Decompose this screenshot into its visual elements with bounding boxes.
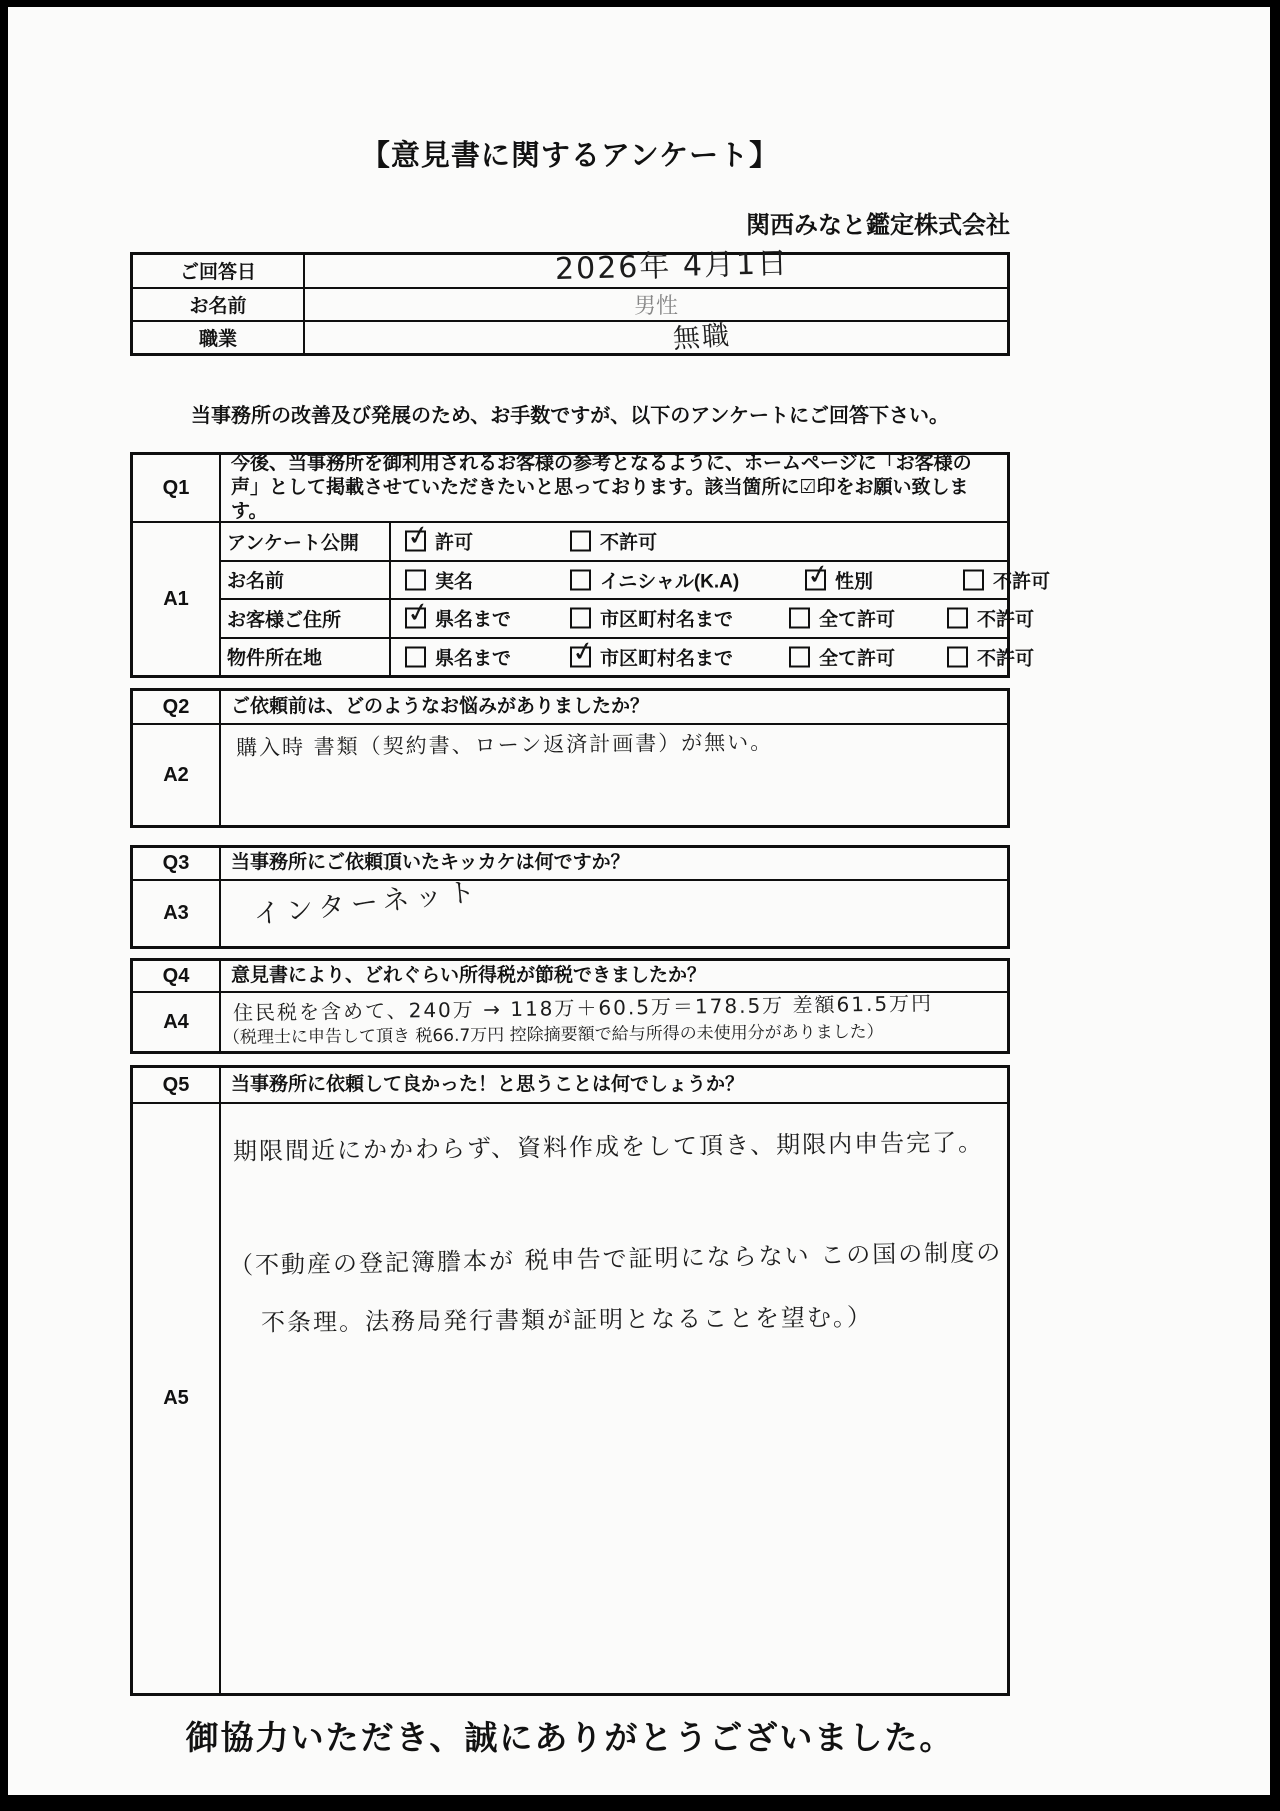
checkbox-label: 実名	[435, 566, 473, 593]
checkbox-icon	[570, 608, 591, 629]
scan-black-frame: 【意見書に関するアンケート】 関西みなと鑑定株式会社 ご回答日 2026年 4月…	[0, 0, 1280, 1811]
handwritten-answer-a5-line3: 不条理。法務局発行書類が証明となることを望む。）	[261, 1304, 873, 1336]
option-prefecture: 県名まで	[405, 643, 511, 670]
q4-table: Q4 意見書により、どれぐらい所得税が節税できましたか？ A4 住民税を含めて、…	[130, 958, 1010, 1054]
q2-question: ご依頼前は、どのようなお悩みがありましたか？	[221, 691, 1007, 723]
q5-answer-row: A5 期限間近にかかわらず、資料作成をして頂き、期限内申告完了。 （不動産の登記…	[133, 1104, 1007, 1693]
info-value-name: 男性	[305, 289, 1007, 320]
option-gender: 性別	[805, 566, 873, 593]
option-all: 全て許可	[789, 643, 895, 670]
typed-gender: 男性	[634, 289, 678, 320]
checkbox-label: 不許可	[993, 566, 1050, 593]
checkbox-icon	[405, 531, 426, 552]
info-value-date: 2026年 4月1日	[305, 255, 1007, 287]
a1-row-options: 県名まで 市区町村名まで 全て許可 不許可	[391, 600, 1007, 637]
table-row: ご回答日 2026年 4月1日	[133, 255, 1007, 289]
q3-answer-row: A3 インターネット	[133, 881, 1007, 946]
q4-question: 意見書により、どれぐらい所得税が節税できましたか？	[221, 961, 1007, 991]
respondent-info-table: ご回答日 2026年 4月1日 お名前 男性 職業 無職	[130, 252, 1010, 356]
a1-row-publication: アンケート公開 許可 不許可	[221, 523, 1007, 562]
q3-table: Q3 当事務所にご依頼頂いたキッカケは何ですか？ A3 インターネット	[130, 845, 1010, 949]
option-deny: 不許可	[947, 643, 1034, 670]
checkbox-label: 市区町村名まで	[600, 643, 733, 670]
handwritten-answer-a5-line2: （不動産の登記簿謄本が 税申告で証明にならない この国の制度の	[229, 1239, 1003, 1279]
option-initial: イニシャル(K.A)	[570, 566, 739, 593]
checkbox-icon	[570, 531, 591, 552]
checkbox-icon	[805, 569, 826, 590]
q4-header: Q4 意見書により、どれぐらい所得税が節税できましたか？	[133, 961, 1007, 993]
q1-question: 今後、当事務所を御利用されるお客様の参考となるように、ホームページに「お客様の声…	[221, 455, 1007, 521]
checkbox-label: 全て許可	[819, 643, 895, 670]
a1-row-label: 物件所在地	[221, 639, 391, 676]
checkbox-label: 不許可	[600, 528, 657, 555]
checkbox-label: イニシャル(K.A)	[600, 566, 739, 593]
q5-header: Q5 当事務所に依頼して良かった！と思うことは何でしょうか？	[133, 1068, 1007, 1104]
option-all: 全て許可	[789, 605, 895, 632]
checkbox-label: 不許可	[977, 643, 1034, 670]
handwritten-answer-a4-line1: 住民税を含めて、240万 → 118万＋60.5万＝178.5万 差額61.5万…	[233, 992, 933, 1024]
checkbox-icon	[947, 646, 968, 667]
a1-row-options: 許可 不許可	[391, 523, 1007, 560]
table-row: お名前 男性	[133, 289, 1007, 322]
page-title: 【意見書に関するアンケート】	[130, 133, 1010, 174]
q3-question: 当事務所にご依頼頂いたキッカケは何ですか？	[221, 848, 1007, 879]
checkbox-label: 不許可	[977, 605, 1034, 632]
info-label-occupation: 職業	[133, 322, 305, 354]
checkbox-label: 市区町村名まで	[600, 605, 733, 632]
checkbox-icon	[405, 646, 426, 667]
q4-answer-row: A4 住民税を含めて、240万 → 118万＋60.5万＝178.5万 差額61…	[133, 993, 1007, 1051]
checkbox-label: 全て許可	[819, 605, 895, 632]
checkbox-icon	[570, 646, 591, 667]
a1-row-name: お名前 実名 イニシャル(K.A) 性別	[221, 562, 1007, 601]
a5-content: 期限間近にかかわらず、資料作成をして頂き、期限内申告完了。 （不動産の登記簿謄本…	[221, 1104, 1007, 1693]
checkbox-label: 県名まで	[435, 605, 511, 632]
handwritten-answer-a3: インターネット	[252, 877, 482, 930]
q2-answer-row: A2 購入時 書類（契約書、ローン返済計画書）が無い。	[133, 725, 1007, 825]
info-label-name: お名前	[133, 289, 305, 320]
q5-table: Q5 当事務所に依頼して良かった！と思うことは何でしょうか？ A5 期限間近にか…	[130, 1065, 1010, 1696]
a4-content: 住民税を含めて、240万 → 118万＋60.5万＝178.5万 差額61.5万…	[221, 993, 1007, 1051]
handwritten-answer-a4-line2: （税理士に申告して頂き 税66.7万円 控除摘要額で給与所得の未使用分がありまし…	[223, 1023, 884, 1047]
a1-row-options: 実名 イニシャル(K.A) 性別 不許可	[391, 562, 1007, 599]
a1-row-label: お名前	[221, 562, 391, 599]
handwritten-date: 2026年 4月1日	[555, 247, 790, 286]
handwritten-answer-a2: 購入時 書類（契約書、ローン返済計画書）が無い。	[236, 731, 773, 760]
checkbox-icon	[789, 608, 810, 629]
q2-header: Q2 ご依頼前は、どのようなお悩みがありましたか？	[133, 691, 1007, 725]
a2-content: 購入時 書類（契約書、ローン返済計画書）が無い。	[221, 725, 1007, 825]
q1-table: Q1 今後、当事務所を御利用されるお客様の参考となるように、ホームページに「お客…	[130, 452, 1010, 678]
checkbox-label: 許可	[435, 528, 473, 555]
a3-id: A3	[133, 881, 221, 946]
a1-rows: アンケート公開 許可 不許可 お名前	[221, 523, 1007, 675]
q2-table: Q2 ご依頼前は、どのようなお悩みがありましたか？ A2 購入時 書類（契約書、…	[130, 688, 1010, 828]
option-prefecture: 県名まで	[405, 605, 511, 632]
a1-row-label: お客様ご住所	[221, 600, 391, 637]
a2-id: A2	[133, 725, 221, 825]
info-value-occupation: 無職	[305, 322, 1007, 354]
checkbox-icon	[570, 569, 591, 590]
checkbox-icon	[405, 608, 426, 629]
checkbox-icon	[789, 646, 810, 667]
thanks-text: 御協力いただき、誠にありがとうございました。	[130, 1712, 1010, 1759]
option-deny: 不許可	[963, 566, 1050, 593]
option-realname: 実名	[405, 566, 473, 593]
a1-row-label: アンケート公開	[221, 523, 391, 560]
q4-id: Q4	[133, 961, 221, 991]
q5-id: Q5	[133, 1068, 221, 1102]
a4-id: A4	[133, 993, 221, 1051]
option-municipality: 市区町村名まで	[570, 605, 733, 632]
handwritten-answer-a5-line1: 期限間近にかかわらず、資料作成をして頂き、期限内申告完了。	[233, 1129, 984, 1165]
a5-id: A5	[133, 1104, 221, 1693]
option-municipality: 市区町村名まで	[570, 643, 733, 670]
checkbox-label: 性別	[835, 566, 873, 593]
checkbox-label: 県名まで	[435, 643, 511, 670]
q5-question: 当事務所に依頼して良かった！と思うことは何でしょうか？	[221, 1068, 1007, 1102]
a1-body: A1 アンケート公開 許可 不許可	[133, 523, 1007, 675]
a1-row-customer-address: お客様ご住所 県名まで 市区町村名まで 全て許可	[221, 600, 1007, 639]
checkbox-icon	[405, 569, 426, 590]
checkbox-icon	[963, 569, 984, 590]
a1-id: A1	[133, 523, 221, 675]
intro-text: 当事務所の改善及び発展のため、お手数ですが、以下のアンケートにご回答下さい。	[130, 399, 1010, 428]
q3-id: Q3	[133, 848, 221, 879]
q3-header: Q3 当事務所にご依頼頂いたキッカケは何ですか？	[133, 848, 1007, 881]
q1-header: Q1 今後、当事務所を御利用されるお客様の参考となるように、ホームページに「お客…	[133, 455, 1007, 523]
option-deny: 不許可	[947, 605, 1034, 632]
handwritten-occupation: 無職	[672, 321, 732, 355]
table-row: 職業 無職	[133, 322, 1007, 354]
checkbox-icon	[947, 608, 968, 629]
a1-row-property-location: 物件所在地 県名まで 市区町村名まで 全て許可	[221, 639, 1007, 676]
q1-id: Q1	[133, 455, 221, 521]
a1-row-options: 県名まで 市区町村名まで 全て許可 不許可	[391, 639, 1007, 676]
company-name: 関西みなと鑑定株式会社	[746, 205, 1010, 240]
info-label-date: ご回答日	[133, 255, 305, 287]
a3-content: インターネット	[221, 881, 1007, 946]
option-deny: 不許可	[570, 528, 657, 555]
option-permit: 許可	[405, 528, 473, 555]
q2-id: Q2	[133, 691, 221, 723]
